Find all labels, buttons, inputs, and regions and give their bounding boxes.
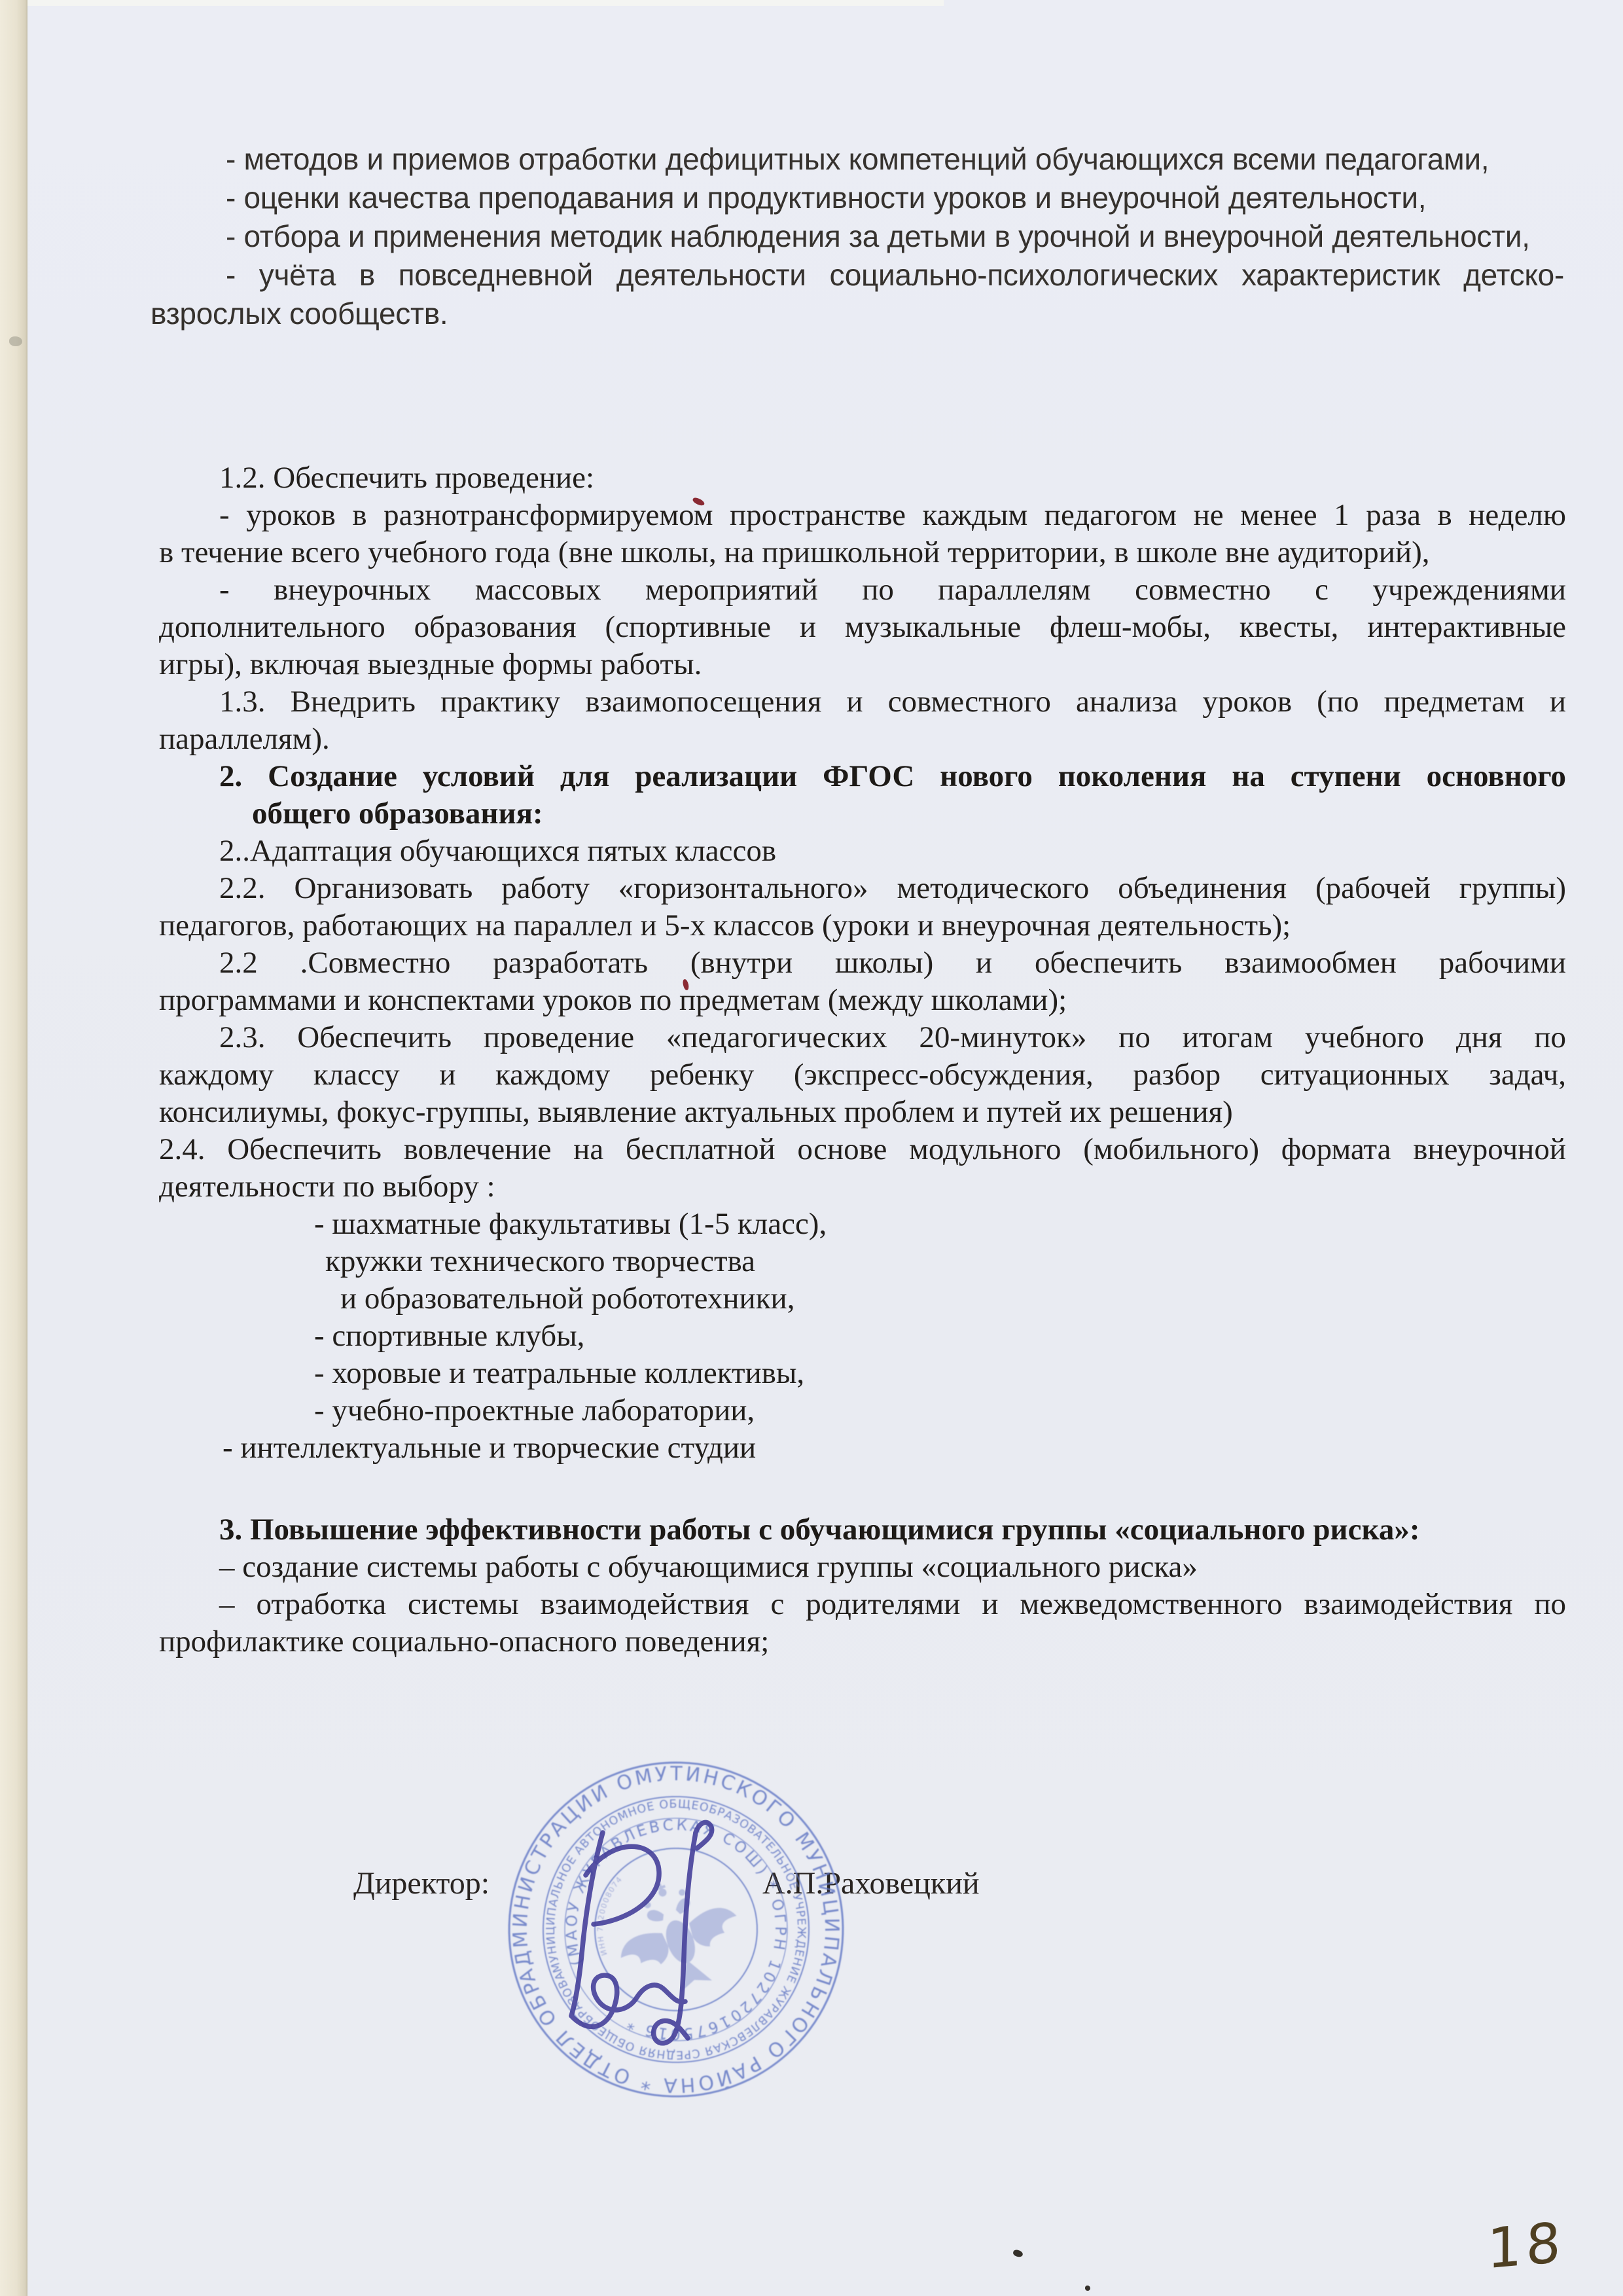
text-line: профилактике социально-опасного поведени… — [159, 1623, 1566, 1660]
text-line: каждому классу и каждому ребенку (экспре… — [159, 1056, 1566, 1094]
text-line: дополнительного образования (спортивные … — [159, 609, 1566, 646]
text-line: - учёта в повседневной деятельности соци… — [151, 256, 1564, 295]
text-line: – отработка системы взаимодействия с род… — [159, 1586, 1566, 1623]
text-line: - методов и приемов отработки дефицитных… — [151, 140, 1564, 179]
section-heading: 2. Создание условий для реализации ФГОС … — [159, 758, 1566, 795]
intro-bullet-list: - методов и приемов отработки дефицитных… — [151, 140, 1564, 333]
text-line: взрослых сообществ. — [151, 295, 1564, 333]
text-line: 2.3. Обеспечить проведение «педагогическ… — [159, 1019, 1566, 1056]
text-line: консилиумы, фокус-группы, выявление акту… — [159, 1094, 1566, 1131]
dust-speck — [1085, 2286, 1090, 2291]
pencil-smudge — [9, 336, 22, 346]
text-line: - отбора и применения методик наблюдения… — [151, 217, 1564, 256]
document-body: 1.2. Обеспечить проведение: - уроков в р… — [159, 459, 1566, 1660]
text-line: - оценки качества преподавания и продукт… — [151, 179, 1564, 217]
text-line: 1.2. Обеспечить проведение: — [159, 459, 1566, 497]
ink-signature — [560, 1813, 730, 2049]
dust-speck — [1012, 2249, 1024, 2258]
text-line: игры), включая выездные формы работы. — [159, 646, 1566, 683]
text-line: 2.2 .Совместно разработать (внутри школы… — [159, 944, 1566, 982]
director-label: Директор: — [353, 1864, 490, 1903]
section-heading: общего образования: — [159, 795, 1566, 833]
list-item: - интеллектуальные и творческие студии — [159, 1429, 1566, 1467]
text-line: 2.2. Организовать работу «горизонтальног… — [159, 870, 1566, 907]
text-line: 1.3. Внедрить практику взаимопосещения и… — [159, 683, 1566, 721]
text-line: педагогов, работающих на параллел и 5-х … — [159, 907, 1566, 944]
list-item: - учебно-проектные лаборатории, — [159, 1392, 1566, 1429]
text-line: в течение всего учебного года (вне школы… — [159, 534, 1566, 571]
text-line: – создание системы работы с обучающимися… — [159, 1549, 1566, 1586]
scan-edge-top — [27, 0, 944, 6]
list-item: - шахматные факультативы (1-5 класс), — [159, 1206, 1566, 1243]
text-line: 2..Адаптация обучающихся пятых классов — [159, 833, 1566, 870]
page-number-handwritten: 18 — [1487, 2210, 1564, 2282]
list-item: кружки технического творчества — [159, 1243, 1566, 1280]
section-heading: 3. Повышение эффективности работы с обуч… — [159, 1511, 1566, 1549]
text-line: - уроков в разнотрансформируемом простра… — [159, 497, 1566, 534]
text-line: деятельности по выбору : — [159, 1168, 1566, 1206]
text-line: 2.4. Обеспечить вовлечение на бесплатной… — [159, 1131, 1566, 1168]
list-item: и образовательной робототехники, — [159, 1280, 1566, 1318]
list-item: - хоровые и театральные коллективы, — [159, 1355, 1566, 1392]
scanned-document-page: - методов и приемов отработки дефицитных… — [0, 0, 1623, 2296]
text-line: программами и конспектами уроков по пред… — [159, 982, 1566, 1019]
text-line: - внеурочных массовых мероприятий по пар… — [159, 571, 1566, 609]
text-line: параллелям). — [159, 721, 1566, 758]
list-item: - спортивные клубы, — [159, 1318, 1566, 1355]
